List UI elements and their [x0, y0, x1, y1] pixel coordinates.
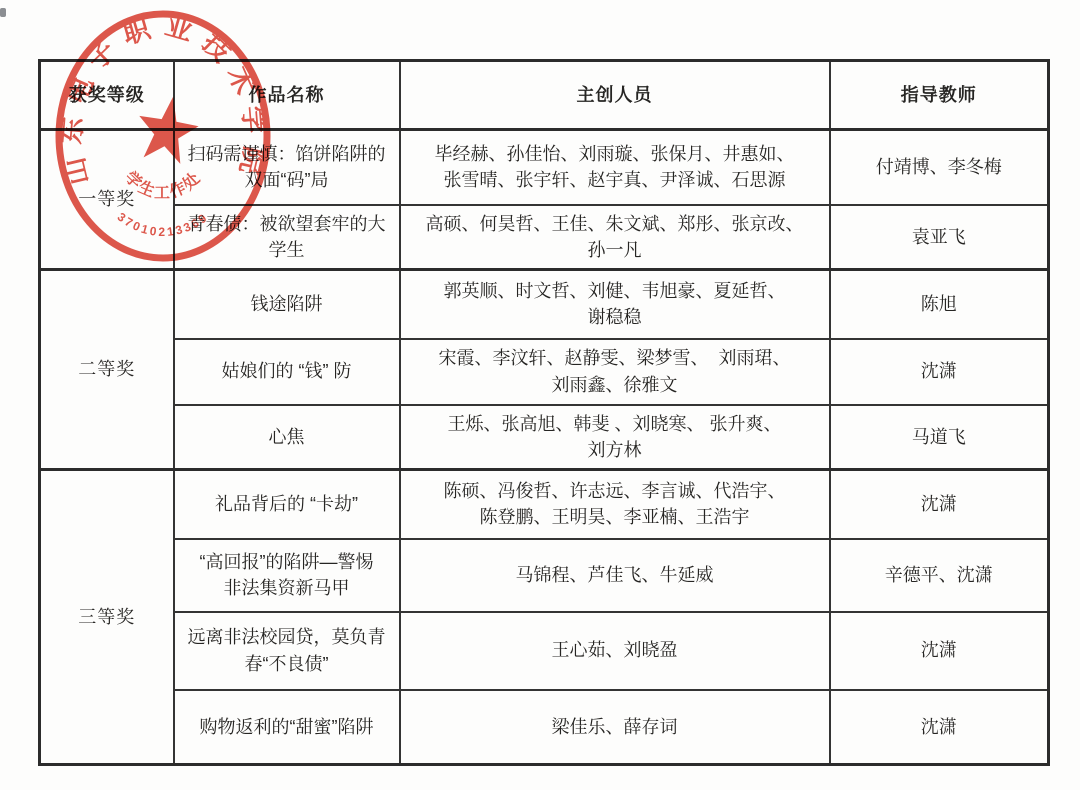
creators-cell: 毕经赫、孙佳怡、刘雨璇、张保月、井惠如、 张雪晴、张宇轩、赵宇真、尹泽诚、石思源 [400, 130, 830, 205]
teacher-cell: 沈潇 [830, 612, 1049, 690]
work-title-cell: 钱途陷阱 [174, 270, 400, 339]
table-row: 购物返利的“甜蜜”陷阱 梁佳乐、薛存词 沈潇 [40, 690, 1049, 765]
creators-cell: 郭英顺、时文哲、刘健、韦旭豪、夏延哲、 谢稳稳 [400, 270, 830, 339]
work-title-cell: “高回报”的陷阱—警惕 非法集资新马甲 [174, 539, 400, 612]
creators-cell: 高硕、何昊哲、王佳、朱文斌、郑彤、张京改、 孙一凡 [400, 205, 830, 270]
creators-cell: 梁佳乐、薛存词 [400, 690, 830, 765]
table-row: 三等奖 礼品背后的 “卡劫” 陈硕、冯俊哲、许志远、李言诚、代浩宇、 陈登鹏、王… [40, 470, 1049, 539]
award-level-cell-third-prize: 三等奖 [40, 470, 174, 765]
creators-cell: 宋霞、李汶轩、赵静雯、梁梦雪、 刘雨珺、 刘雨鑫、徐雅文 [400, 339, 830, 405]
table-row: 姑娘们的 “钱” 防 宋霞、李汶轩、赵静雯、梁梦雪、 刘雨珺、 刘雨鑫、徐雅文 … [40, 339, 1049, 405]
work-title-cell: 购物返利的“甜蜜”陷阱 [174, 690, 400, 765]
work-title-cell: 礼品背后的 “卡劫” [174, 470, 400, 539]
work-title-cell: 姑娘们的 “钱” 防 [174, 339, 400, 405]
scanned-document-page: 获奖等级 作品名称 主创人员 指导教师 一等奖 扫码需谨慎：馅饼陷阱的 双面“码… [0, 0, 1080, 790]
column-header-creators: 主创人员 [400, 61, 830, 130]
awards-table: 获奖等级 作品名称 主创人员 指导教师 一等奖 扫码需谨慎：馅饼陷阱的 双面“码… [38, 59, 1050, 766]
header-row: 获奖等级 作品名称 主创人员 指导教师 [40, 61, 1049, 130]
teacher-cell: 沈潇 [830, 690, 1049, 765]
teacher-cell: 马道飞 [830, 405, 1049, 470]
teacher-cell: 沈潇 [830, 470, 1049, 539]
table-row: 远离非法校园贷，莫负青 春“不良债” 王心茹、刘晓盈 沈潇 [40, 612, 1049, 690]
creators-cell: 陈硕、冯俊哲、许志远、李言诚、代浩宇、 陈登鹏、王明昊、李亚楠、王浩宇 [400, 470, 830, 539]
work-title-cell: 心焦 [174, 405, 400, 470]
creators-cell: 马锦程、芦佳飞、牛延威 [400, 539, 830, 612]
scan-artifact [0, 8, 6, 17]
table-row: 青春债：被欲望套牢的大 学生 高硕、何昊哲、王佳、朱文斌、郑彤、张京改、 孙一凡… [40, 205, 1049, 270]
column-header-work-title: 作品名称 [174, 61, 400, 130]
table-row: 心焦 王烁、张高旭、韩斐 、刘晓寒、 张升爽、 刘方林 马道飞 [40, 405, 1049, 470]
table-row: 二等奖 钱途陷阱 郭英顺、时文哲、刘健、韦旭豪、夏延哲、 谢稳稳 陈旭 [40, 270, 1049, 339]
award-level-cell-second-prize: 二等奖 [40, 270, 174, 470]
table-row: 一等奖 扫码需谨慎：馅饼陷阱的 双面“码”局 毕经赫、孙佳怡、刘雨璇、张保月、井… [40, 130, 1049, 205]
teacher-cell: 辛德平、沈潇 [830, 539, 1049, 612]
teacher-cell: 沈潇 [830, 339, 1049, 405]
work-title-cell: 远离非法校园贷，莫负青 春“不良债” [174, 612, 400, 690]
work-title-cell: 青春债：被欲望套牢的大 学生 [174, 205, 400, 270]
award-level-cell-first-prize: 一等奖 [40, 130, 174, 270]
teacher-cell: 袁亚飞 [830, 205, 1049, 270]
creators-cell: 王烁、张高旭、韩斐 、刘晓寒、 张升爽、 刘方林 [400, 405, 830, 470]
teacher-cell: 付靖博、李冬梅 [830, 130, 1049, 205]
teacher-cell: 陈旭 [830, 270, 1049, 339]
creators-cell: 王心茹、刘晓盈 [400, 612, 830, 690]
work-title-cell: 扫码需谨慎：馅饼陷阱的 双面“码”局 [174, 130, 400, 205]
column-header-teacher: 指导教师 [830, 61, 1049, 130]
column-header-award-level: 获奖等级 [40, 61, 174, 130]
table-row: “高回报”的陷阱—警惕 非法集资新马甲 马锦程、芦佳飞、牛延威 辛德平、沈潇 [40, 539, 1049, 612]
